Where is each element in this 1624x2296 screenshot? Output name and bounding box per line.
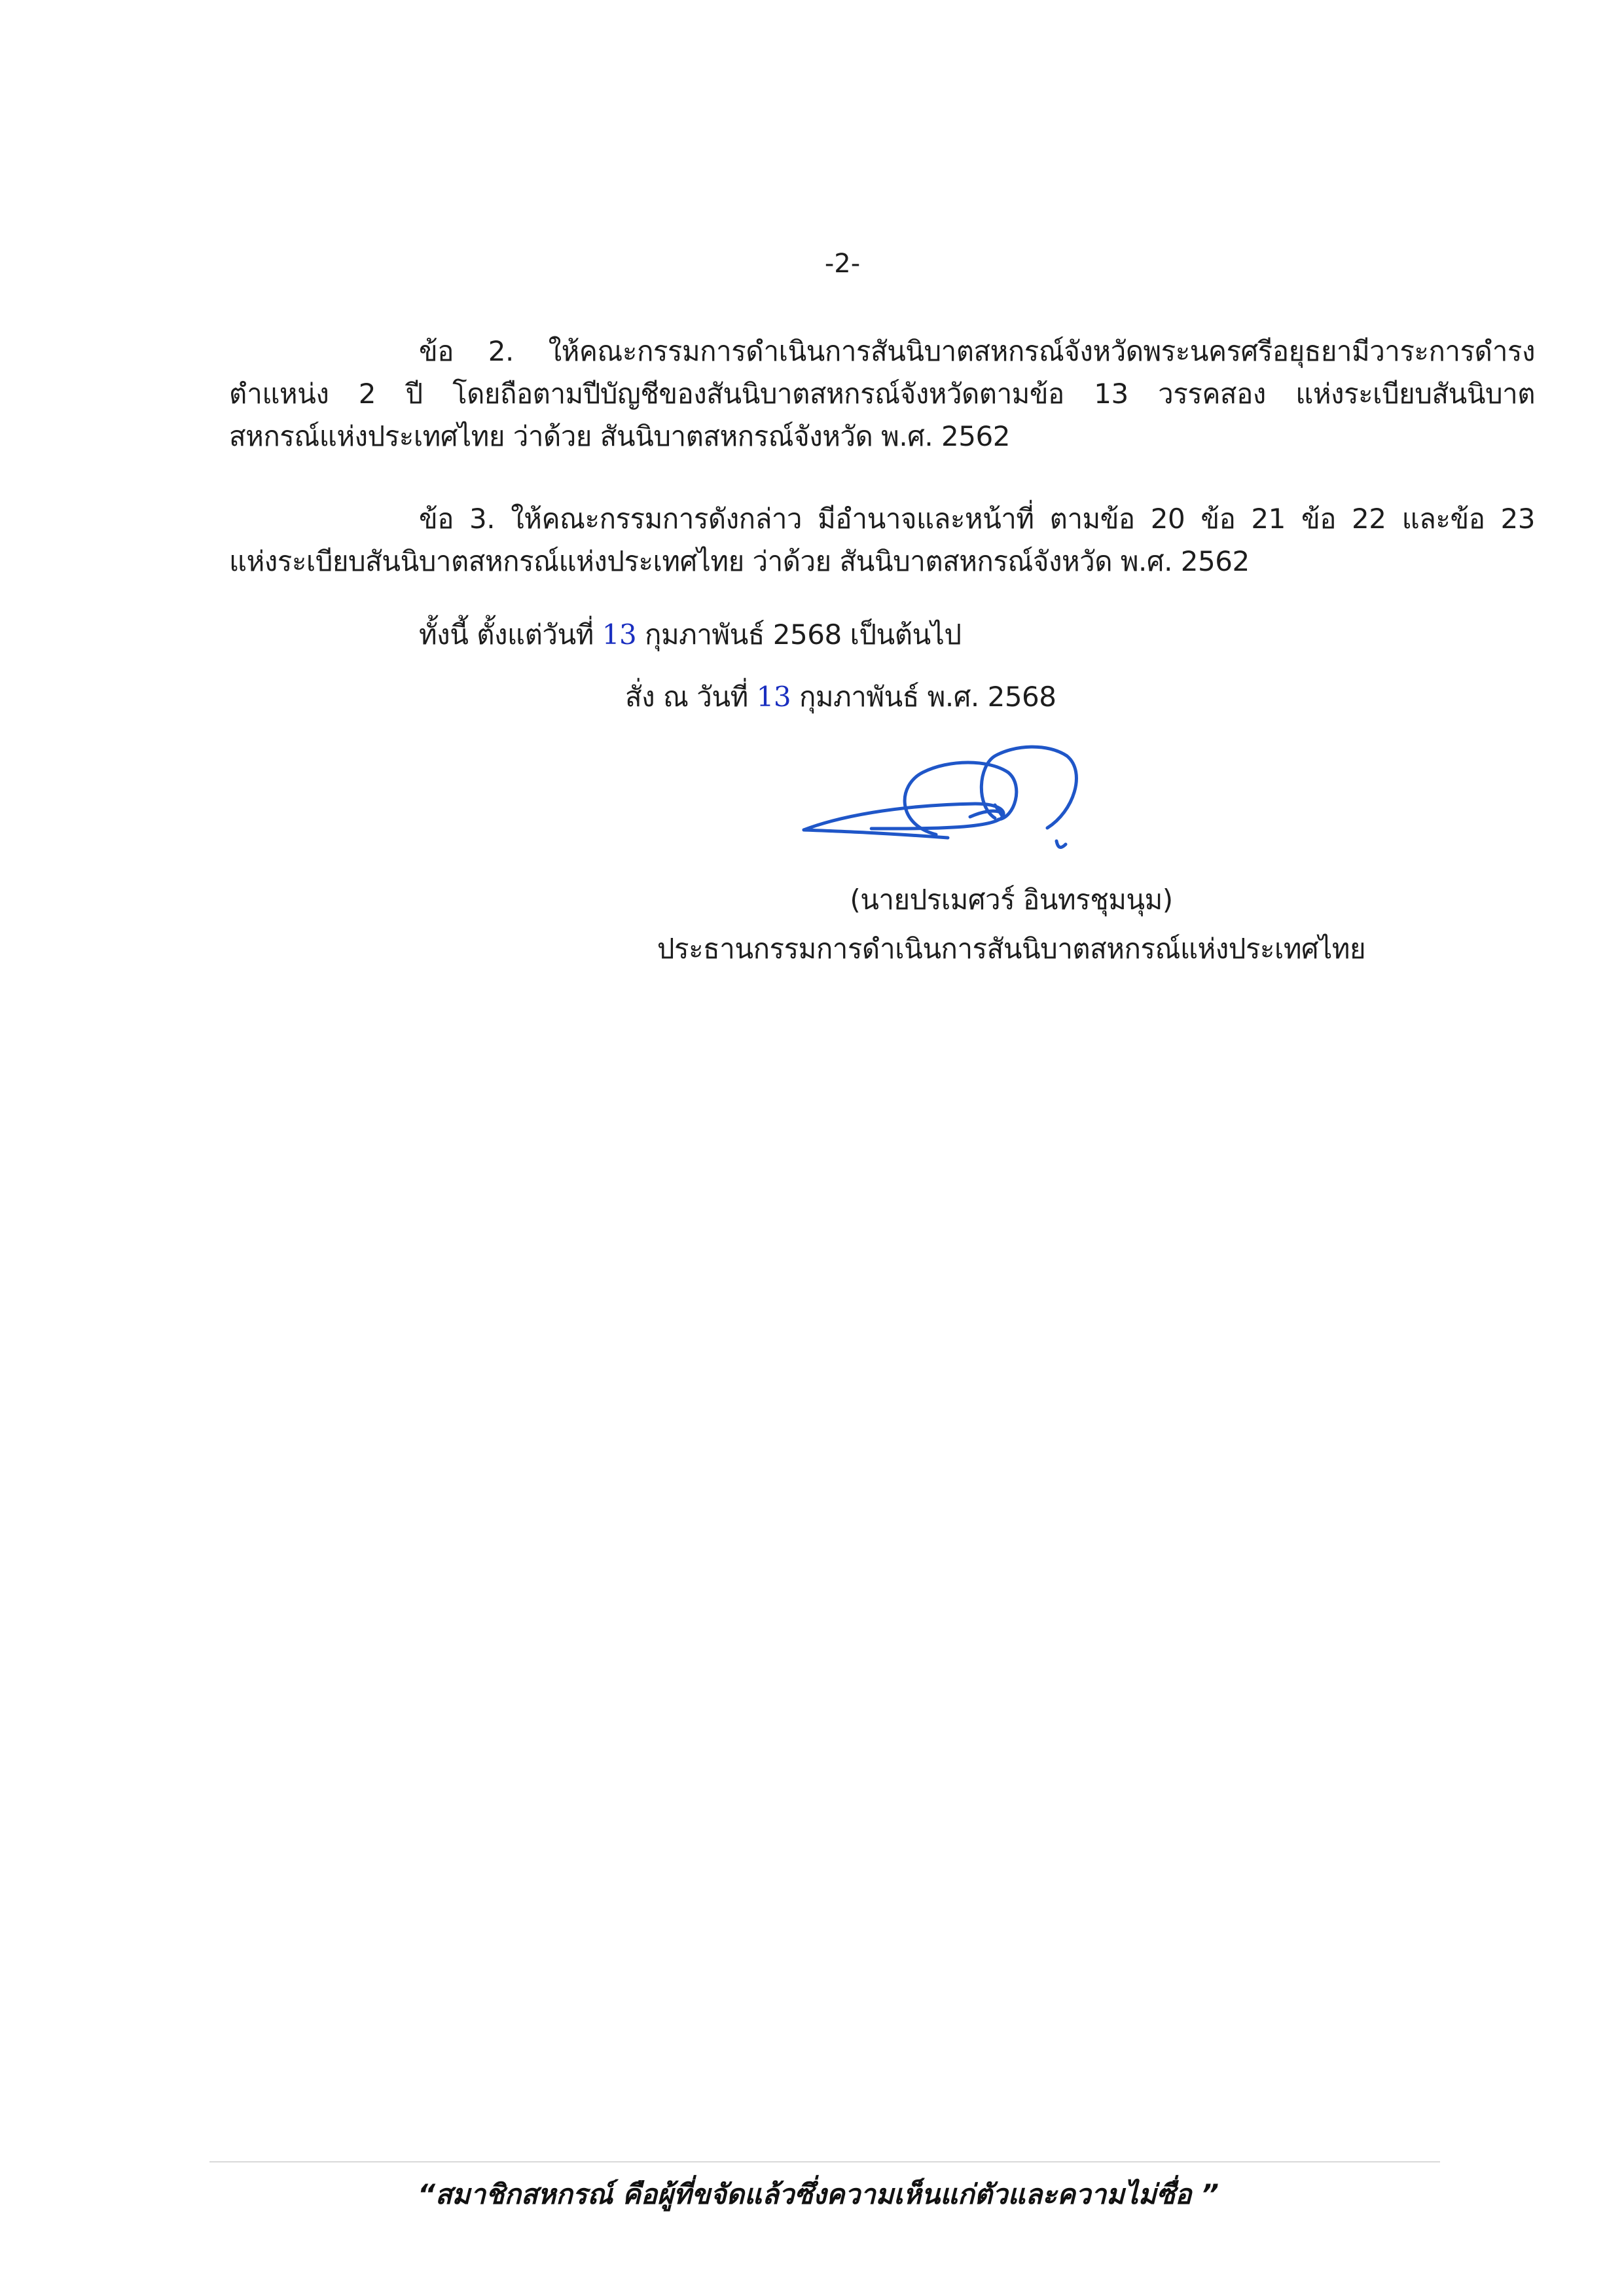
order-day: 13 (757, 681, 791, 713)
order-date-suffix: กุมภาพันธ์ พ.ศ. 2568 (791, 681, 1056, 713)
footer-motto: “สมาชิกสหกรณ์ คือผู้ที่ขจัดแล้วซึ่งความเ… (0, 2173, 1624, 2216)
signature (799, 733, 1087, 857)
effective-date-suffix: กุมภาพันธ์ 2568 เป็นต้นไป (636, 619, 961, 651)
signatory-name: (นายปรเมศวร์ อินทรชุมนุม) (684, 884, 1339, 916)
order-date: สั่ง ณ วันที่ 13 กุมภาพันธ์ พ.ศ. 2568 (625, 681, 1056, 713)
effective-date: ทั้งนี้ ตั้งแต่วันที่ 13 กุมภาพันธ์ 2568… (419, 619, 962, 651)
clause-2-line-3: สหกรณ์แห่งประเทศไทย ว่าด้วย สันนิบาตสหกร… (229, 420, 1010, 453)
clause-3-line-2: แห่งระเบียบสันนิบาตสหกรณ์แห่งประเทศไทย ว… (229, 545, 1250, 578)
clause-2-line-2: ตำแหน่ง 2 ปี โดยถือตามปีบัญชีของสันนิบาต… (229, 378, 1535, 410)
footer-divider (209, 2161, 1440, 2162)
clause-2-line-1: ข้อ 2. ให้คณะกรรมการดำเนินการสันนิบาตสหก… (419, 335, 1535, 368)
effective-day: 13 (602, 619, 636, 651)
signature-icon (799, 733, 1087, 857)
signatory-position: ประธานกรรมการดำเนินการสันนิบาตสหกรณ์แห่ง… (619, 933, 1404, 965)
page-number: -2- (0, 249, 1624, 279)
clause-3-line-1: ข้อ 3. ให้คณะกรรมการดังกล่าว มีอำนาจและห… (419, 503, 1535, 535)
order-date-prefix: สั่ง ณ วันที่ (625, 681, 757, 713)
effective-date-prefix: ทั้งนี้ ตั้งแต่วันที่ (419, 619, 602, 651)
